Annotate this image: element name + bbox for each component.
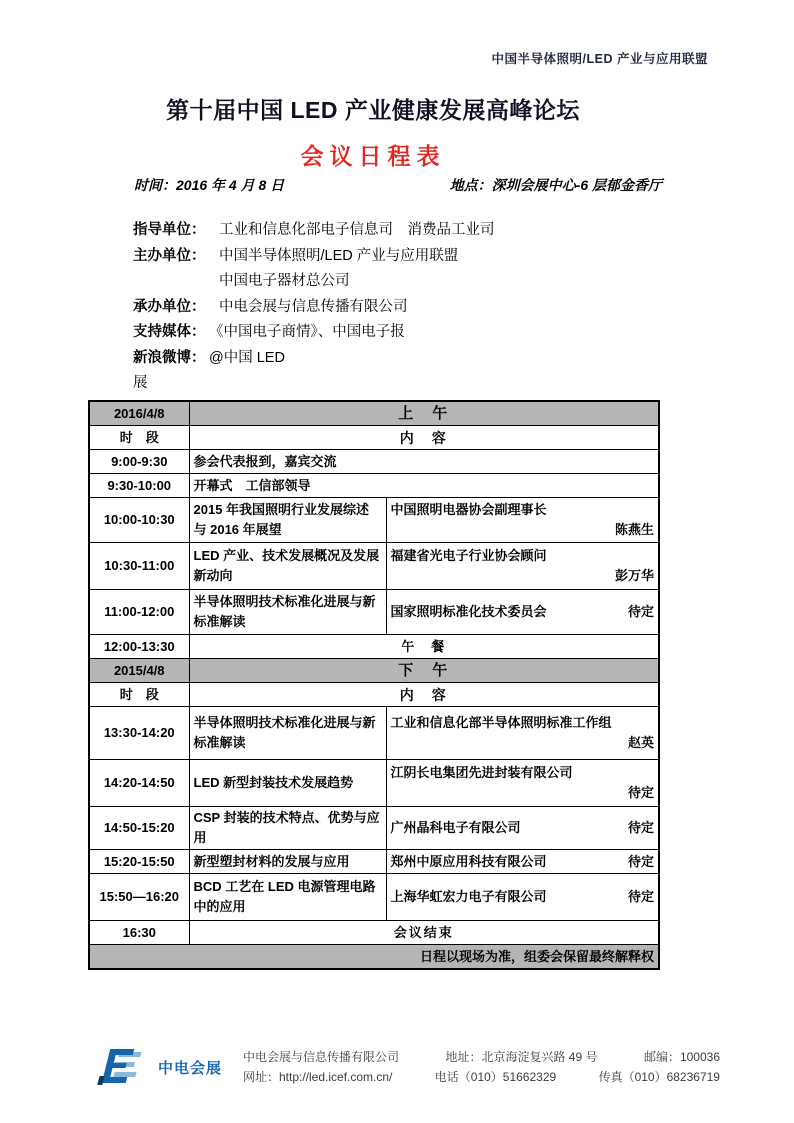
footer-line-2: 网址：http://led.icef.com.cn/ 电话（010）516623… <box>243 1067 720 1087</box>
content-cell: 参会代表报到，嘉宾交流 <box>189 450 659 474</box>
section-title-cell: 下 午 <box>189 659 659 683</box>
footer-website: 网址：http://led.icef.com.cn/ <box>243 1067 392 1087</box>
topic-cell: LED 产业、技术发展概况及发展新动向 <box>189 543 386 590</box>
speaker-org: 工业和信息化部半导体照明标准工作组 <box>391 713 655 733</box>
speaker-org: 国家照明标准化技术委员会 <box>391 604 547 619</box>
speaker-cell: 待定 郑州中原应用科技有限公司 <box>386 850 659 874</box>
speaker-cell: 待定 广州晶科电子有限公司 <box>386 807 659 850</box>
time-cell: 15:20-15:50 <box>89 850 189 874</box>
footer-fax: 传真（010）68236719 <box>599 1067 720 1087</box>
time-cell: 15:50—16:20 <box>89 874 189 921</box>
time-header-cell: 时 段 <box>89 426 189 450</box>
section-row-afternoon: 2015/4/8 下 午 <box>89 659 659 683</box>
organizer-value: 中国半导体照明/LED 产业与应用联盟 <box>209 244 458 270</box>
speaker-cell: 江阴长电集团先进封装有限公司 待定 <box>386 760 659 807</box>
document-page: 中国半导体照明/LED 产业与应用联盟 第十届中国 LED 产业健康发展高峰论坛… <box>0 0 794 1123</box>
footer-contact: 中电会展与信息传播有限公司 地址：北京海淀复兴路 49 号 邮编：100036 … <box>243 1047 720 1087</box>
organizer-row-host-2: 中国电子器材总公司 <box>133 269 495 295</box>
footer-postcode: 邮编：100036 <box>644 1047 720 1067</box>
time-header-cell: 时 段 <box>89 683 189 707</box>
organizer-row-overflow: 展 <box>133 371 495 397</box>
table-row: 10:00-10:30 2015 年我国照明行业发展综述与 2016 年展望 中… <box>89 498 659 543</box>
page-header-alliance: 中国半导体照明/LED 产业与应用联盟 <box>492 49 708 67</box>
table-row: 11:00-12:00 半导体照明技术标准化进展与新标准解读 待定 国家照明标准… <box>89 590 659 635</box>
organizer-value: 展 <box>133 371 148 397</box>
section-row-morning: 2016/4/8 上 午 <box>89 401 659 426</box>
organizer-value: 工业和信息化部电子信息司 消费品工业司 <box>209 218 495 244</box>
organizer-label: 指导单位： <box>133 218 209 244</box>
table-row: 14:20-14:50 LED 新型封装技术发展趋势 江阴长电集团先进封装有限公… <box>89 760 659 807</box>
time-cell: 9:30-10:00 <box>89 474 189 498</box>
time-cell: 13:30-14:20 <box>89 707 189 760</box>
time-cell: 9:00-9:30 <box>89 450 189 474</box>
content-header-cell: 内 容 <box>189 426 659 450</box>
speaker-org: 广州晶科电子有限公司 <box>391 820 521 835</box>
table-row: 9:30-10:00 开幕式 工信部领导 <box>89 474 659 498</box>
speaker-name: 待定 <box>628 602 654 622</box>
page-footer: 中电会展 中电会展与信息传播有限公司 地址：北京海淀复兴路 49 号 邮编：10… <box>95 1046 720 1088</box>
speaker-name: 待定 <box>628 818 654 838</box>
speaker-org: 福建省光电子行业协会顾问 <box>391 546 655 566</box>
organizer-value: 《中国电子商情》、中国电子报 <box>209 320 405 346</box>
footer-company: 中电会展与信息传播有限公司 <box>243 1047 399 1067</box>
table-row: 16:30 会议结束 <box>89 921 659 945</box>
section-date-cell: 2016/4/8 <box>89 401 189 426</box>
table-row: 13:30-14:20 半导体照明技术标准化进展与新标准解读 工业和信息化部半导… <box>89 707 659 760</box>
event-time: 时间：2016 年 4 月 8 日 <box>134 175 284 195</box>
speaker-cell: 待定 国家照明标准化技术委员会 <box>386 590 659 635</box>
organizer-label: 承办单位： <box>133 295 209 321</box>
time-cell: 12:00-13:30 <box>89 635 189 659</box>
speaker-name: 待定 <box>628 852 654 872</box>
time-cell: 14:50-15:20 <box>89 807 189 850</box>
page-title: 第十届中国 LED 产业健康发展高峰论坛 <box>88 92 658 125</box>
organizer-row-weibo: 新浪微博： @中国 LED <box>133 346 495 372</box>
table-row: 9:00-9:30 参会代表报到，嘉宾交流 <box>89 450 659 474</box>
organizer-value: @中国 LED <box>209 346 285 372</box>
time-cell: 14:20-14:50 <box>89 760 189 807</box>
organizer-block: 指导单位： 工业和信息化部电子信息司 消费品工业司 主办单位： 中国半导体照明/… <box>133 218 495 397</box>
organizer-row-host: 主办单位： 中国半导体照明/LED 产业与应用联盟 <box>133 244 495 270</box>
topic-cell: 新型塑封材料的发展与应用 <box>189 850 386 874</box>
organizer-row-undertaker: 承办单位： 中电会展与信息传播有限公司 <box>133 295 495 321</box>
topic-cell: 2015 年我国照明行业发展综述与 2016 年展望 <box>189 498 386 543</box>
topic-cell: CSP 封装的技术特点、优势与应用 <box>189 807 386 850</box>
section-title-cell: 上 午 <box>189 401 659 426</box>
footer-phone: 电话（010）51662329 <box>435 1067 556 1087</box>
section-date-cell: 2015/4/8 <box>89 659 189 683</box>
organizer-value: 中国电子器材总公司 <box>133 269 350 295</box>
content-header-cell: 内 容 <box>189 683 659 707</box>
table-row: 15:20-15:50 新型塑封材料的发展与应用 待定 郑州中原应用科技有限公司 <box>89 850 659 874</box>
meta-line: 时间：2016 年 4 月 8 日 地点：深圳会展中心-6 层郁金香厅 <box>134 175 662 195</box>
speaker-cell: 福建省光电子行业协会顾问 彭万华 <box>386 543 659 590</box>
speaker-name: 赵英 <box>391 733 655 753</box>
speaker-org: 中国照明电器协会副理事长 <box>391 500 655 520</box>
speaker-org: 江阴长电集团先进封装有限公司 <box>391 763 655 783</box>
organizer-value: 中电会展与信息传播有限公司 <box>209 295 408 321</box>
time-cell: 16:30 <box>89 921 189 945</box>
topic-cell: BCD 工艺在 LED 电源管理电路中的应用 <box>189 874 386 921</box>
cec-logo-text: 中电会展 <box>158 1057 222 1078</box>
column-header-row: 时 段 内 容 <box>89 426 659 450</box>
table-row: 15:50—16:20 BCD 工艺在 LED 电源管理电路中的应用 待定 上海… <box>89 874 659 921</box>
speaker-org: 上海华虹宏力电子有限公司 <box>391 889 547 904</box>
column-header-row: 时 段 内 容 <box>89 683 659 707</box>
topic-cell: 半导体照明技术标准化进展与新标准解读 <box>189 590 386 635</box>
speaker-org: 郑州中原应用科技有限公司 <box>391 854 547 869</box>
speaker-name: 待定 <box>628 887 654 907</box>
organizer-label: 支持媒体： <box>133 320 209 346</box>
disclaimer-row: 日程以现场为准，组委会保留最终解释权 <box>89 945 659 970</box>
organizer-row-media: 支持媒体： 《中国电子商情》、中国电子报 <box>133 320 495 346</box>
time-cell: 10:30-11:00 <box>89 543 189 590</box>
content-cell: 开幕式 工信部领导 <box>189 474 659 498</box>
table-row: 14:50-15:20 CSP 封装的技术特点、优势与应用 待定 广州晶科电子有… <box>89 807 659 850</box>
time-cell: 10:00-10:30 <box>89 498 189 543</box>
speaker-cell: 中国照明电器协会副理事长 陈燕生 <box>386 498 659 543</box>
cec-logo: 中电会展 <box>95 1046 227 1088</box>
table-row: 10:30-11:00 LED 产业、技术发展概况及发展新动向 福建省光电子行业… <box>89 543 659 590</box>
organizer-label: 主办单位： <box>133 244 209 270</box>
organizer-row-guidance: 指导单位： 工业和信息化部电子信息司 消费品工业司 <box>133 218 495 244</box>
cec-logo-icon <box>95 1046 149 1088</box>
speaker-name: 陈燕生 <box>391 520 655 540</box>
speaker-name: 彭万华 <box>391 566 655 586</box>
topic-cell: 半导体照明技术标准化进展与新标准解读 <box>189 707 386 760</box>
table-row: 12:00-13:30 午 餐 <box>89 635 659 659</box>
footer-address: 地址：北京海淀复兴路 49 号 <box>445 1047 597 1067</box>
time-cell: 11:00-12:00 <box>89 590 189 635</box>
content-cell: 午 餐 <box>189 635 659 659</box>
speaker-cell: 待定 上海华虹宏力电子有限公司 <box>386 874 659 921</box>
topic-cell: LED 新型封装技术发展趋势 <box>189 760 386 807</box>
agenda-table: 2016/4/8 上 午 时 段 内 容 9:00-9:30 参会代表报到，嘉宾… <box>88 400 660 970</box>
disclaimer-cell: 日程以现场为准，组委会保留最终解释权 <box>89 945 659 970</box>
agenda-subtitle: 会议日程表 <box>88 138 658 171</box>
speaker-cell: 工业和信息化部半导体照明标准工作组 赵英 <box>386 707 659 760</box>
event-venue: 地点：深圳会展中心-6 层郁金香厅 <box>450 175 662 195</box>
footer-line-1: 中电会展与信息传播有限公司 地址：北京海淀复兴路 49 号 邮编：100036 <box>243 1047 720 1067</box>
content-cell: 会议结束 <box>189 921 659 945</box>
speaker-name: 待定 <box>391 783 655 803</box>
organizer-label: 新浪微博： <box>133 346 209 372</box>
